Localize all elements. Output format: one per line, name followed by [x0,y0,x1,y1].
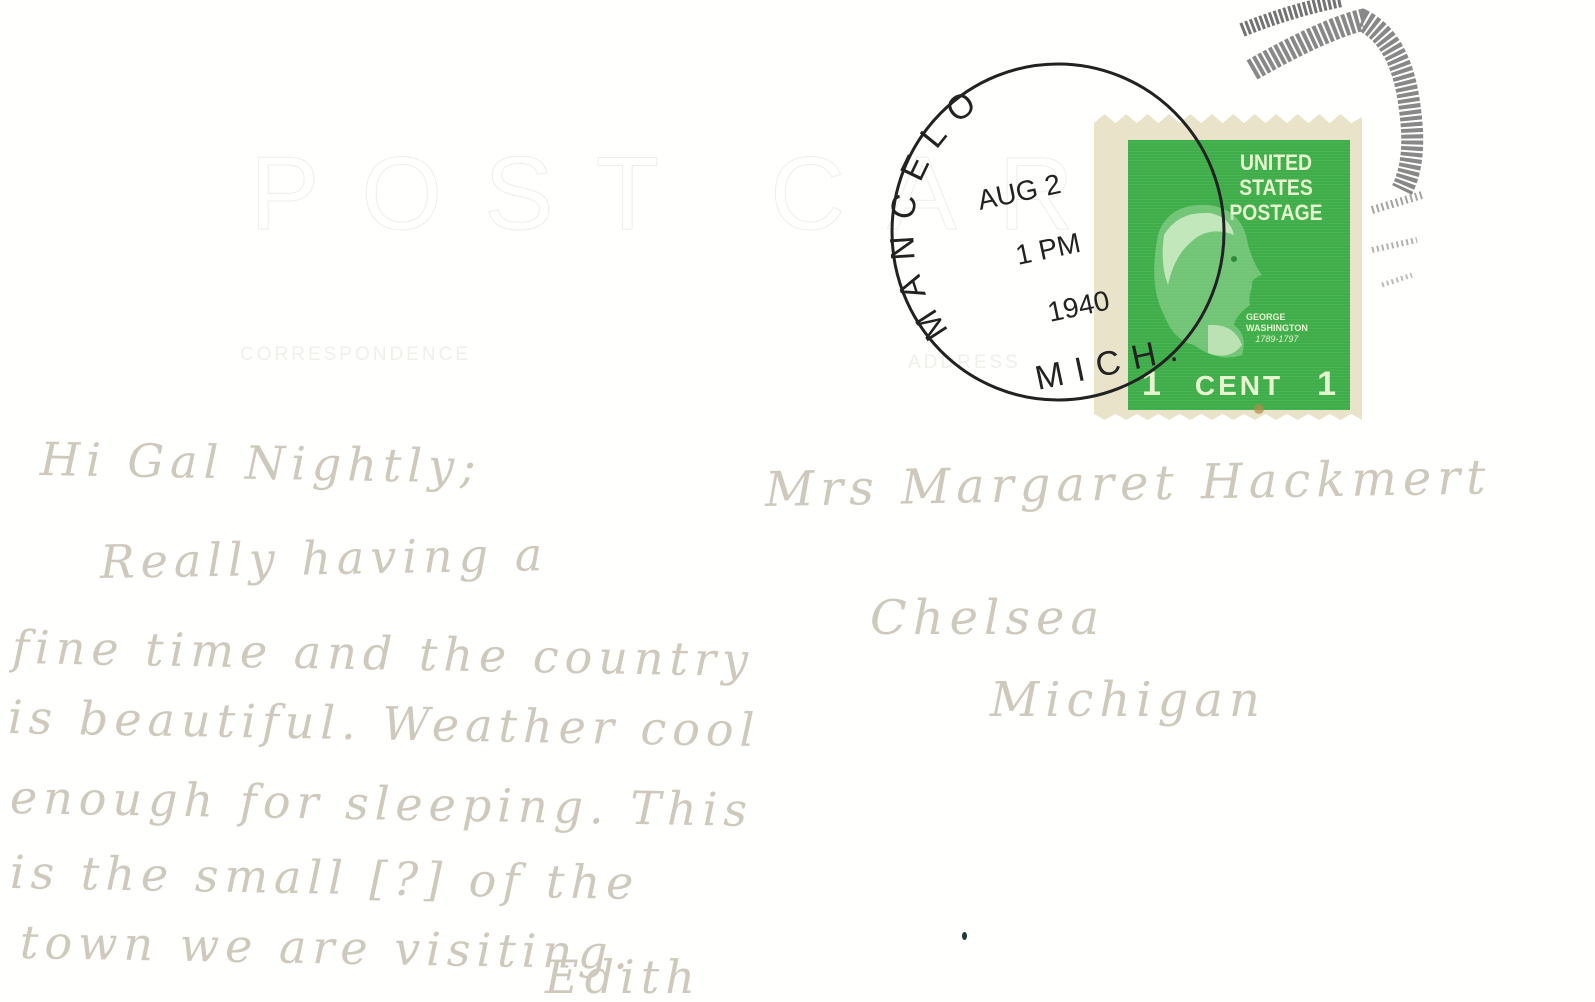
postmark-year: 1940 [1045,285,1112,328]
address-line: Michigan [990,672,1266,728]
message-line: enough for sleeping. This [10,770,754,837]
postmark-state: MICH. [1032,328,1193,398]
message-line: Hi Gal Nightly; [40,432,483,494]
ink-dot [962,932,967,940]
address-line: Chelsea [870,590,1105,646]
stain-speck [1254,404,1264,414]
correspondence-label: CORRESPONDENCE [240,344,471,366]
stamp-subject: GEORGE WASHINGTON 1789-1797 [1246,312,1308,345]
circular-postmark: MANCELO AUG 2 1 PM 1940 MICH. [888,60,1226,404]
message-signature: Edith [545,950,701,1002]
message-line: town we are visiting. [20,915,635,980]
postmark-town: MANCELO [888,76,994,348]
message-line: is the small [?] of the [10,845,640,910]
svg-text:MANCELO: MANCELO [888,76,994,348]
message-line: fine time and the country [12,620,755,687]
message-line: is beautiful. Weather cool [8,690,761,757]
message-line: Really having a [100,527,549,589]
postmark-date: AUG 2 [975,168,1064,216]
address-line: Mrs Margaret Hackmert [765,449,1492,518]
postmark-time: 1 PM [1013,227,1083,271]
postcard-back: POST CARD CORRESPONDENCE ADDRESS Hi Gal … [0,0,1595,1002]
